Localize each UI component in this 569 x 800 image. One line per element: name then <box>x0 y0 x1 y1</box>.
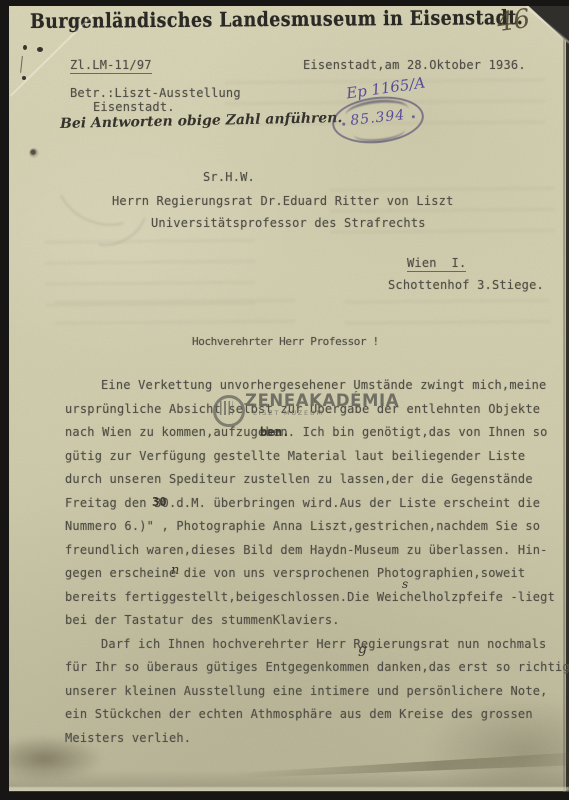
body-line: gegen erscheine die von uns versprochene… <box>65 562 565 586</box>
paper-edge-shade <box>564 5 569 792</box>
dateline: Eisenstadt,am 28.Oktober 1936. <box>303 58 526 72</box>
handwritten-insert-s: s <box>402 577 408 591</box>
paper-bottom-edge <box>0 787 569 791</box>
museum-watermark: ZENEAKADÉMIA LISZT MÚZEUM <box>193 384 378 424</box>
punch-hole <box>29 148 39 158</box>
body-line: freundlich waren,dieses Bild dem Haydn-M… <box>65 539 565 563</box>
scan-border-left <box>0 0 9 800</box>
ink-dot <box>23 45 27 50</box>
scanned-letter-page: Burgenländisches Landesmuseum in Eisenst… <box>0 0 569 800</box>
watermark-subtitle: LISZT MÚZEUM <box>253 409 324 417</box>
body-line: Nummero 6.)" , Photographie Anna Liszt,g… <box>65 515 565 539</box>
accession-stamp: 85.394 <box>330 92 426 147</box>
letterhead-title: Burgenländisches Landesmuseum in Eisenst… <box>30 5 523 33</box>
bleed-through-text <box>55 299 295 331</box>
recipient-honorific: Sr.H.W. <box>203 170 255 184</box>
letter-body: Eine Verkettung unvorhergesehener Umstän… <box>65 374 565 750</box>
body-line: bei der Tastatur des stummenKlaviers. <box>65 609 565 633</box>
salutation: Hochverehrter Herr Professor ! <box>192 335 379 348</box>
body-line: Darf ich Ihnen hochverehrter Herr Regier… <box>65 633 565 657</box>
scan-border-bottom <box>0 792 569 800</box>
overstrike-ben: ben. <box>260 421 290 445</box>
body-line: für Ihr so überaus gütiges Entgegenkomme… <box>65 656 565 680</box>
subject-line-1: Betr.:Liszt-Ausstellung <box>70 86 241 100</box>
handwritten-insert-n: n <box>171 563 179 578</box>
smudge <box>6 736 102 782</box>
smudge <box>425 695 569 790</box>
reference-number: Zl.LM-11/97 <box>70 58 152 74</box>
body-line: nach Wien zu kommen,aufzugeben. Ich bin … <box>65 421 565 445</box>
ink-dot <box>37 47 43 52</box>
body-line: Freitag den 30.d.M. überbringen wird.Aus… <box>65 492 565 516</box>
recipient-title: Universitätsprofessor des Strafrechts <box>151 216 426 230</box>
body-line: durch unseren Spediteur zustellen zu las… <box>65 468 565 492</box>
scan-border-top <box>0 0 569 6</box>
lyre-strings <box>220 401 233 415</box>
body-line: bereits fertiggestellt,beigeschlossen.Di… <box>65 586 565 610</box>
body-line: gütig zur Verfügung gestellte Material l… <box>65 445 565 469</box>
recipient-street: Schottenhof 3.Stiege. <box>388 278 544 292</box>
recipient-city: Wien I. <box>407 256 466 272</box>
watermark-title: ZENEAKADÉMIA <box>245 391 399 410</box>
handwritten-insert-g: g <box>358 641 367 657</box>
overstrike-date-30: 30 <box>152 491 167 515</box>
recipient-name: Herrn Regierungsrat Dr.Eduard Ritter von… <box>112 194 454 208</box>
subject-line-2: Eisenstadt. <box>93 100 175 114</box>
